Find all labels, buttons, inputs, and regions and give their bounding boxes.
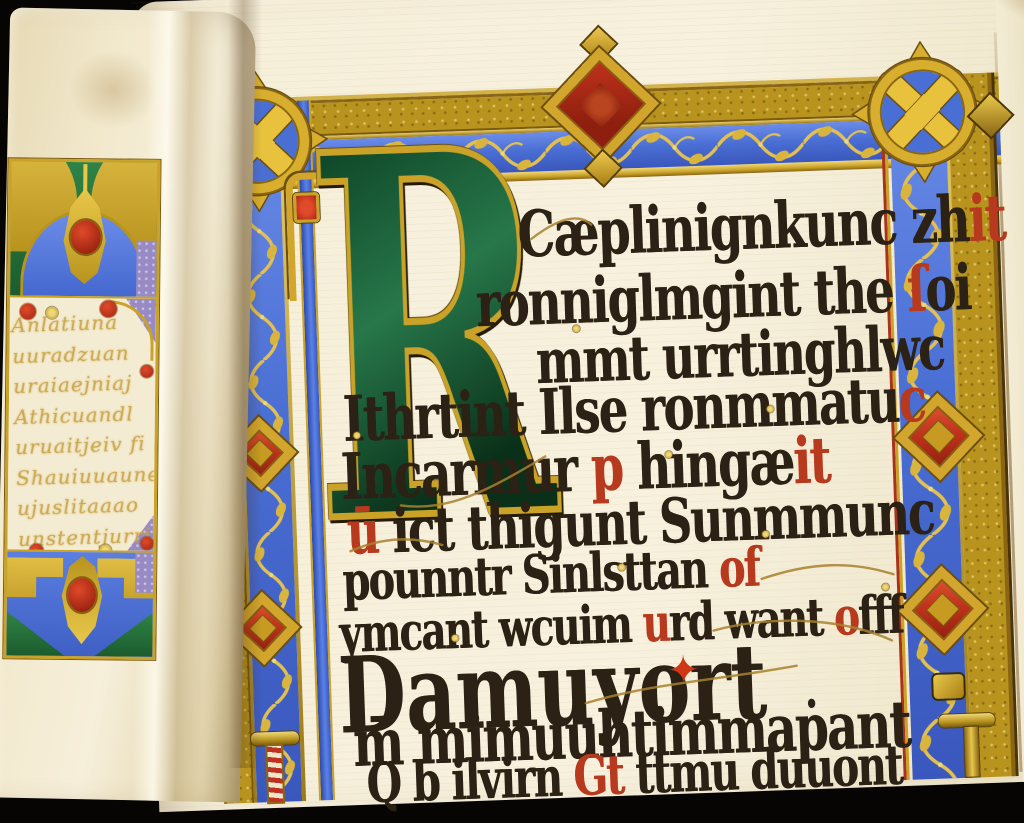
purple-filigree-patch — [135, 553, 153, 593]
panel-bottom-ornament — [6, 551, 153, 657]
text-segment: Gt — [572, 743, 624, 768]
green-corner-triangle — [6, 611, 64, 656]
red-dot-ornament — [140, 365, 153, 378]
text-segment: c — [897, 361, 926, 436]
script-line: uuradzuan — [12, 337, 145, 372]
faded-gold-script: Anlatiuna uuradzuan uraiaejniaj Athicuan… — [11, 306, 151, 553]
gold-stem-icon — [83, 164, 87, 192]
script-line: Athicuandl — [14, 398, 147, 433]
text-segment: it — [967, 181, 1006, 257]
purple-filigree-patch — [136, 241, 157, 297]
green-corner-triangle — [94, 612, 152, 657]
manuscript-verso-page: Anlatiuna uuradzuan uraiaejniaj Athicuan… — [0, 8, 256, 768]
illuminated-manuscript-photo: { "palette": { "parchment": "#f4edd6", "… — [0, 0, 1024, 768]
book-gutter-shadow — [228, 0, 262, 768]
red-diamond-ornament — [537, 42, 666, 194]
red-sparkle-icon: ✦ — [666, 647, 701, 694]
red-diamond-ornament — [900, 567, 985, 652]
red-dot-ornament — [20, 303, 36, 319]
red-orb-ornament — [71, 220, 101, 254]
manuscript-recto-page: R Cæplinignkunc zhit ronniglmgint the ſo… — [131, 0, 1024, 768]
panel-top-ornament — [10, 161, 157, 297]
gold-leaf-ornament — [933, 674, 964, 699]
faded-script-panel: Anlatiuna uuradzuan uraiaejniaj Athicuan… — [7, 295, 156, 553]
column-stem — [963, 725, 981, 768]
red-dot-ornament — [100, 300, 117, 317]
gold-dot-ornament — [46, 307, 58, 319]
red-dot-ornament — [140, 537, 153, 550]
parchment-stain — [986, 0, 1024, 27]
verso-ornament-panel: Anlatiuna uuradzuan uraiaejniaj Athicuan… — [3, 158, 160, 660]
gold-finial-icon — [586, 151, 620, 185]
gold-diamond-ornament — [971, 96, 1012, 137]
text-segment: o — [833, 585, 859, 647]
script-line: uraiaejniaj — [13, 367, 146, 402]
script-line: Shauiuuaune — [16, 458, 149, 493]
striped-column-base — [265, 744, 285, 768]
script-line: uruaitjeiv fi — [15, 428, 148, 463]
text-segment: fff — [857, 583, 904, 646]
script-line: ujuslitaaao — [17, 489, 150, 524]
gold-step-icon — [6, 557, 63, 622]
